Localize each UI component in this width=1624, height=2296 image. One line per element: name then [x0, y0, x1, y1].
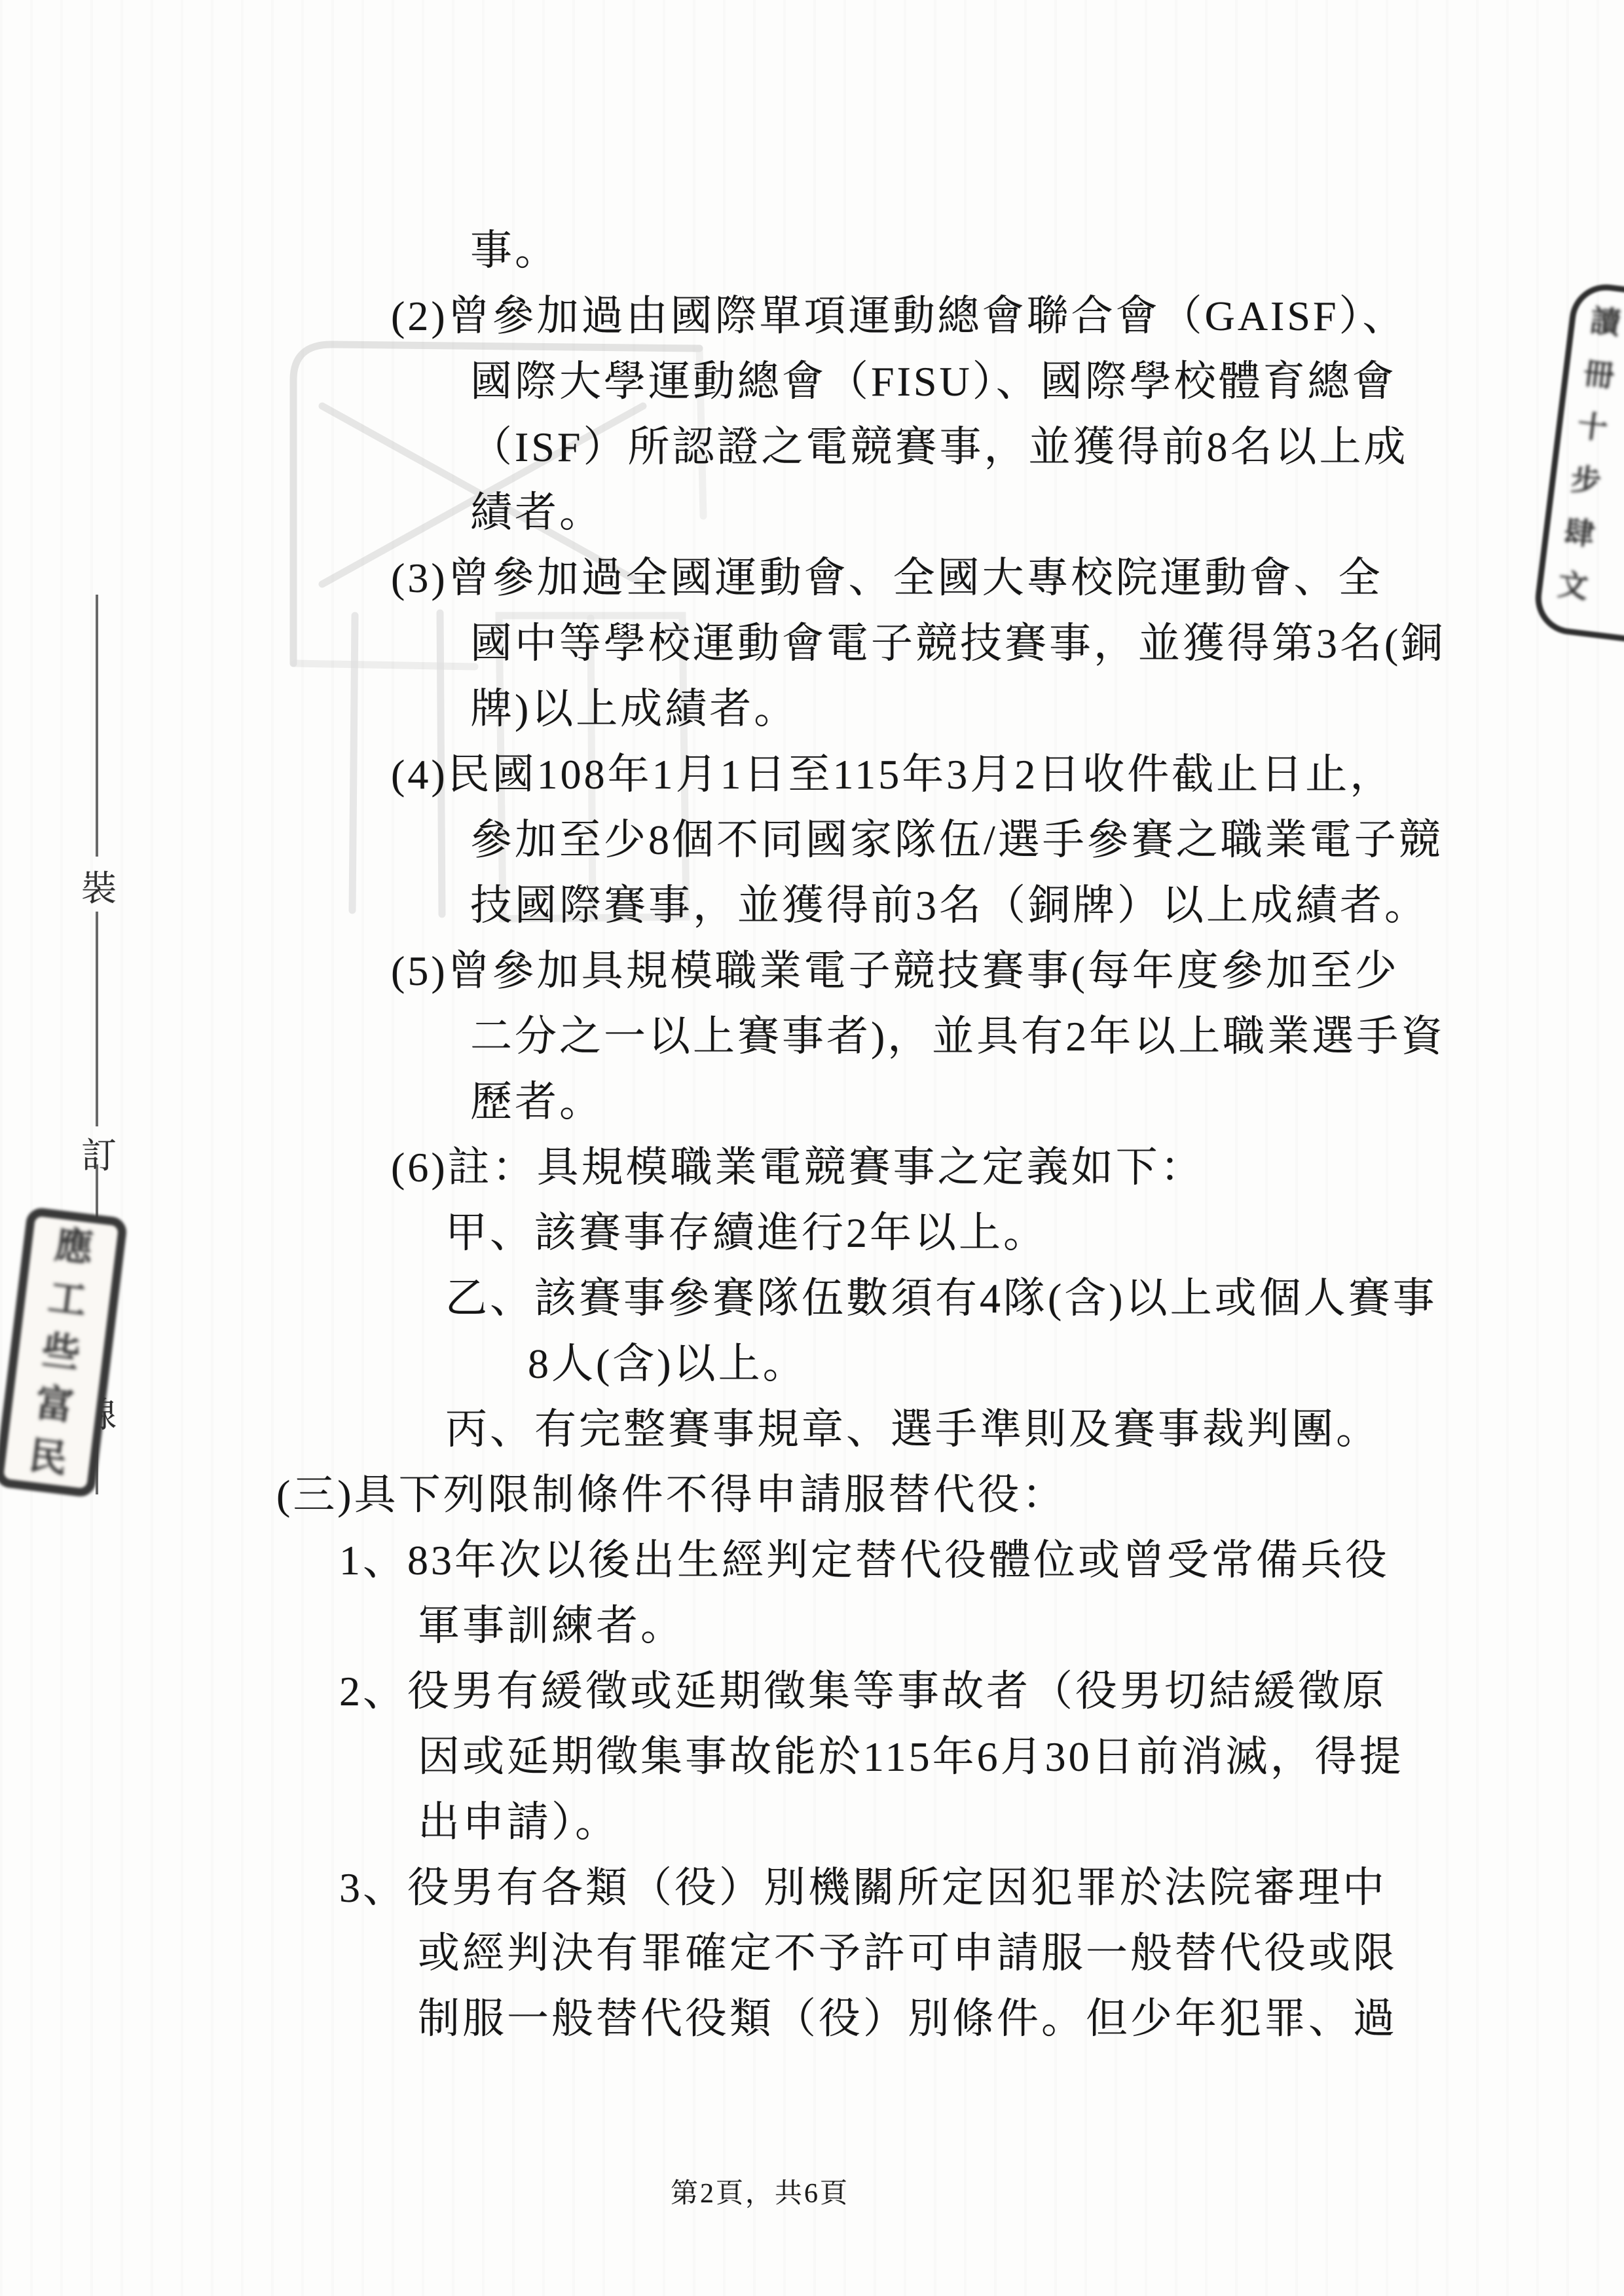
- binding-label-zhuang: 裝: [79, 861, 119, 911]
- text-line: (2)曾參加過由國際單項運動總會聯合會（GAISF）、: [391, 292, 1407, 341]
- seal-glyph: 富: [33, 1384, 76, 1426]
- text-line: （ISF）所認證之電競賽事，並獲得前8名以上成: [470, 423, 1409, 472]
- text-line: 參加至少8個不同國家隊伍/選手參賽之職業電子競: [470, 816, 1443, 864]
- seal-glyph: 步: [1569, 464, 1602, 497]
- binding-line: [96, 912, 98, 1126]
- text-line: 國中等學校運動會電子競技賽事，並獲得第3名(銅: [470, 620, 1445, 668]
- left-seal-stamp: 應 工 些 富 民: [0, 1206, 128, 1498]
- text-line: (3)曾參加過全國運動會、全國大專校院運動會、全: [391, 554, 1383, 602]
- text-line: 乙、該賽事參賽隊伍數須有4隊(含)以上或個人賽事: [445, 1274, 1437, 1323]
- seal-glyph: 應: [52, 1226, 95, 1268]
- text-line: 二分之一以上賽事者)，並具有2年以上職業選手資: [470, 1012, 1445, 1061]
- text-line: (三)具下列限制條件不得申請服替代役：: [276, 1471, 1067, 1519]
- seal-glyph: 民: [27, 1436, 69, 1479]
- text-line: (5)曾參加具規模職業電子競技賽事(每年度參加至少: [391, 947, 1399, 995]
- text-line: 技國際賽事，並獲得前3名（銅牌）以上成績者。: [470, 881, 1429, 930]
- text-line: 事。: [470, 227, 559, 275]
- text-line: 國際大學運動總會（FISU）、國際學校體育總會: [470, 358, 1397, 406]
- text-line: 歷者。: [470, 1078, 604, 1126]
- text-line: 績者。: [470, 489, 604, 537]
- seal-glyph: 文: [1556, 570, 1589, 603]
- binding-label-ding: 訂: [79, 1128, 119, 1178]
- document-page: 裝 訂 線 應 工 些 富 民 讀 冊 十 步 肆 文 事。 (2)曾參加過由國…: [0, 0, 1624, 2296]
- page-number: 第2頁，共6頁: [671, 2172, 849, 2211]
- text-line: 2、役男有緩徵或延期徵集等事故者（役男切結緩徵原: [339, 1667, 1387, 1716]
- top-right-seal-stamp: 讀 冊 十 步 肆 文: [1531, 280, 1624, 652]
- text-line: 或經判決有罪確定不予許可申請服一般替代役或限: [418, 1929, 1397, 1978]
- text-line: (4)民國108年1月1日至115年3月2日收件截止日止，: [391, 750, 1394, 799]
- seal-glyph: 肆: [1562, 517, 1596, 550]
- text-line: 牌)以上成績者。: [470, 685, 798, 733]
- seal-glyph: 些: [40, 1331, 83, 1374]
- text-line: 3、役男有各類（役）別機關所定因犯罪於法院審理中: [339, 1864, 1387, 1912]
- text-line: 8人(含)以上。: [528, 1340, 807, 1388]
- seal-glyph: 工: [46, 1278, 89, 1321]
- seal-glyph: 十: [1576, 411, 1609, 445]
- text-line: 制服一般替代役類（役）別條件。但少年犯罪、過: [418, 1995, 1397, 2043]
- text-line: 因或延期徵集事故能於115年6月30日前消滅，得提: [418, 1733, 1404, 1781]
- seal-glyph: 讀: [1589, 306, 1622, 339]
- text-line: 甲、該賽事存續進行2年以上。: [445, 1209, 1048, 1257]
- text-line: 1、83年次以後出生經判定替代役體位或曾受常備兵役: [339, 1536, 1390, 1585]
- text-line: (6)註：具規模職業電競賽事之定義如下：: [391, 1143, 1205, 1192]
- text-line: 丙、有完整賽事規章、選手準則及賽事裁判團。: [445, 1405, 1380, 1454]
- text-line: 出申請）。: [418, 1798, 619, 1847]
- binding-line: [96, 595, 98, 857]
- text-line: 軍事訓練者。: [418, 1602, 685, 1650]
- seal-glyph: 冊: [1582, 358, 1615, 392]
